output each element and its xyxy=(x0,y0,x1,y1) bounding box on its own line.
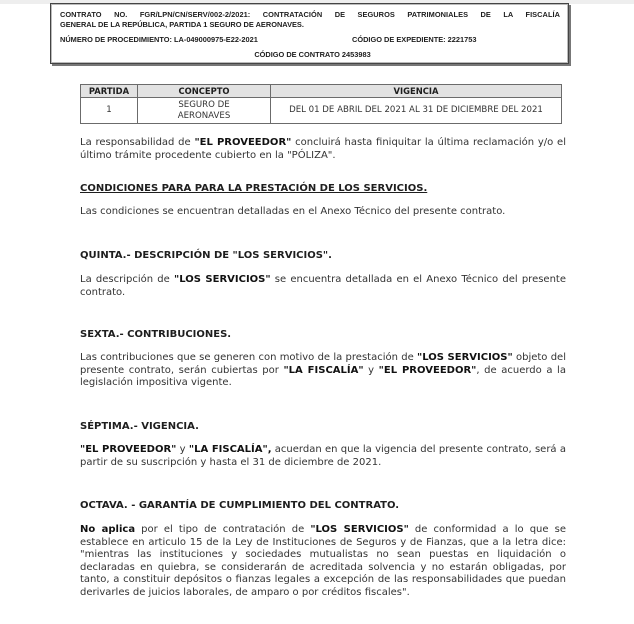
septima-paragraph: "EL PROVEEDOR" y "LA FISCALÍA", acuerdan… xyxy=(80,444,566,469)
contract-title-line2: GENERAL DE LA REPÚBLICA, PARTIDA 1 SEGUR… xyxy=(60,20,560,30)
quinta-paragraph: La descripción de "LOS SERVICIOS" se enc… xyxy=(80,274,566,299)
column-header-partida: PARTIDA xyxy=(81,85,138,98)
column-header-vigencia: VIGENCIA xyxy=(271,85,562,98)
procedure-number: NÚMERO DE PROCEDIMIENTO: LA-049000975-E2… xyxy=(60,35,352,45)
partidas-table: PARTIDA CONCEPTO VIGENCIA 1 SEGURO DE AE… xyxy=(80,84,562,124)
bold-term-proveedor: "EL PROVEEDOR" xyxy=(379,365,477,376)
condiciones-heading: CONDICIONES PARA PARA LA PRESTACIÓN DE L… xyxy=(80,183,427,194)
text-segment: La responsabilidad de xyxy=(80,137,194,148)
bold-term-servicios: "LOS SERVICIOS" xyxy=(310,524,409,535)
bold-term-no-aplica: No aplica xyxy=(80,524,135,535)
bold-term-proveedor: "EL PROVEEDOR" xyxy=(194,137,291,148)
condiciones-paragraph: Las condiciones se encuentran detalladas… xyxy=(80,206,566,219)
cell-concepto: SEGURO DE AERONAVES xyxy=(138,98,271,124)
septima-heading: SÉPTIMA.- VIGENCIA. xyxy=(80,421,199,432)
bold-term-servicios: "LOS SERVICIOS" xyxy=(417,352,513,363)
bold-term-servicios: "LOS SERVICIOS" xyxy=(174,274,271,285)
responsabilidad-paragraph: La responsabilidad de "EL PROVEEDOR" con… xyxy=(80,137,566,162)
contract-header-box: CONTRATO NO. FGR/LPN/CN/SERV/002-2/2021:… xyxy=(50,3,569,64)
contract-title-line1: CONTRATO NO. FGR/LPN/CN/SERV/002-2/2021:… xyxy=(60,10,560,20)
octava-heading: OCTAVA. - GARANTÍA DE CUMPLIMIENTO DEL C… xyxy=(80,500,399,511)
text-segment: y xyxy=(176,444,189,455)
quinta-heading: QUINTA.- DESCRIPCIÓN DE "LOS SERVICIOS". xyxy=(80,250,332,261)
bold-term-fiscalia: "LA FISCALÍA", xyxy=(189,444,272,455)
octava-paragraph: No aplica por el tipo de contratación de… xyxy=(80,524,566,599)
text-segment: Las contribuciones que se generen con mo… xyxy=(80,352,417,363)
text-segment: y xyxy=(364,365,379,376)
column-header-concepto: CONCEPTO xyxy=(138,85,271,98)
procedure-row: NÚMERO DE PROCEDIMIENTO: LA-049000975-E2… xyxy=(60,35,560,45)
bold-term-proveedor: "EL PROVEEDOR" xyxy=(80,444,176,455)
sexta-heading: SEXTA.- CONTRIBUCIONES. xyxy=(80,329,231,340)
text-segment: por el tipo de contratación de xyxy=(135,524,310,535)
contract-code: CÓDIGO DE CONTRATO 2453983 xyxy=(60,50,560,60)
text-segment: La descripción de xyxy=(80,274,174,285)
expediente-code: CÓDIGO DE EXPEDIENTE: 2221753 xyxy=(352,35,476,45)
sexta-paragraph: Las contribuciones que se generen con mo… xyxy=(80,352,566,390)
text-segment: de conformidad a lo que se establece en … xyxy=(80,524,566,598)
cell-partida: 1 xyxy=(81,98,138,124)
table-row: 1 SEGURO DE AERONAVES DEL 01 DE ABRIL DE… xyxy=(81,98,562,124)
bold-term-fiscalia: "LA FISCALÍA" xyxy=(283,365,363,376)
table-header-row: PARTIDA CONCEPTO VIGENCIA xyxy=(81,85,562,98)
cell-vigencia: DEL 01 DE ABRIL DEL 2021 AL 31 DE DICIEM… xyxy=(271,98,562,124)
